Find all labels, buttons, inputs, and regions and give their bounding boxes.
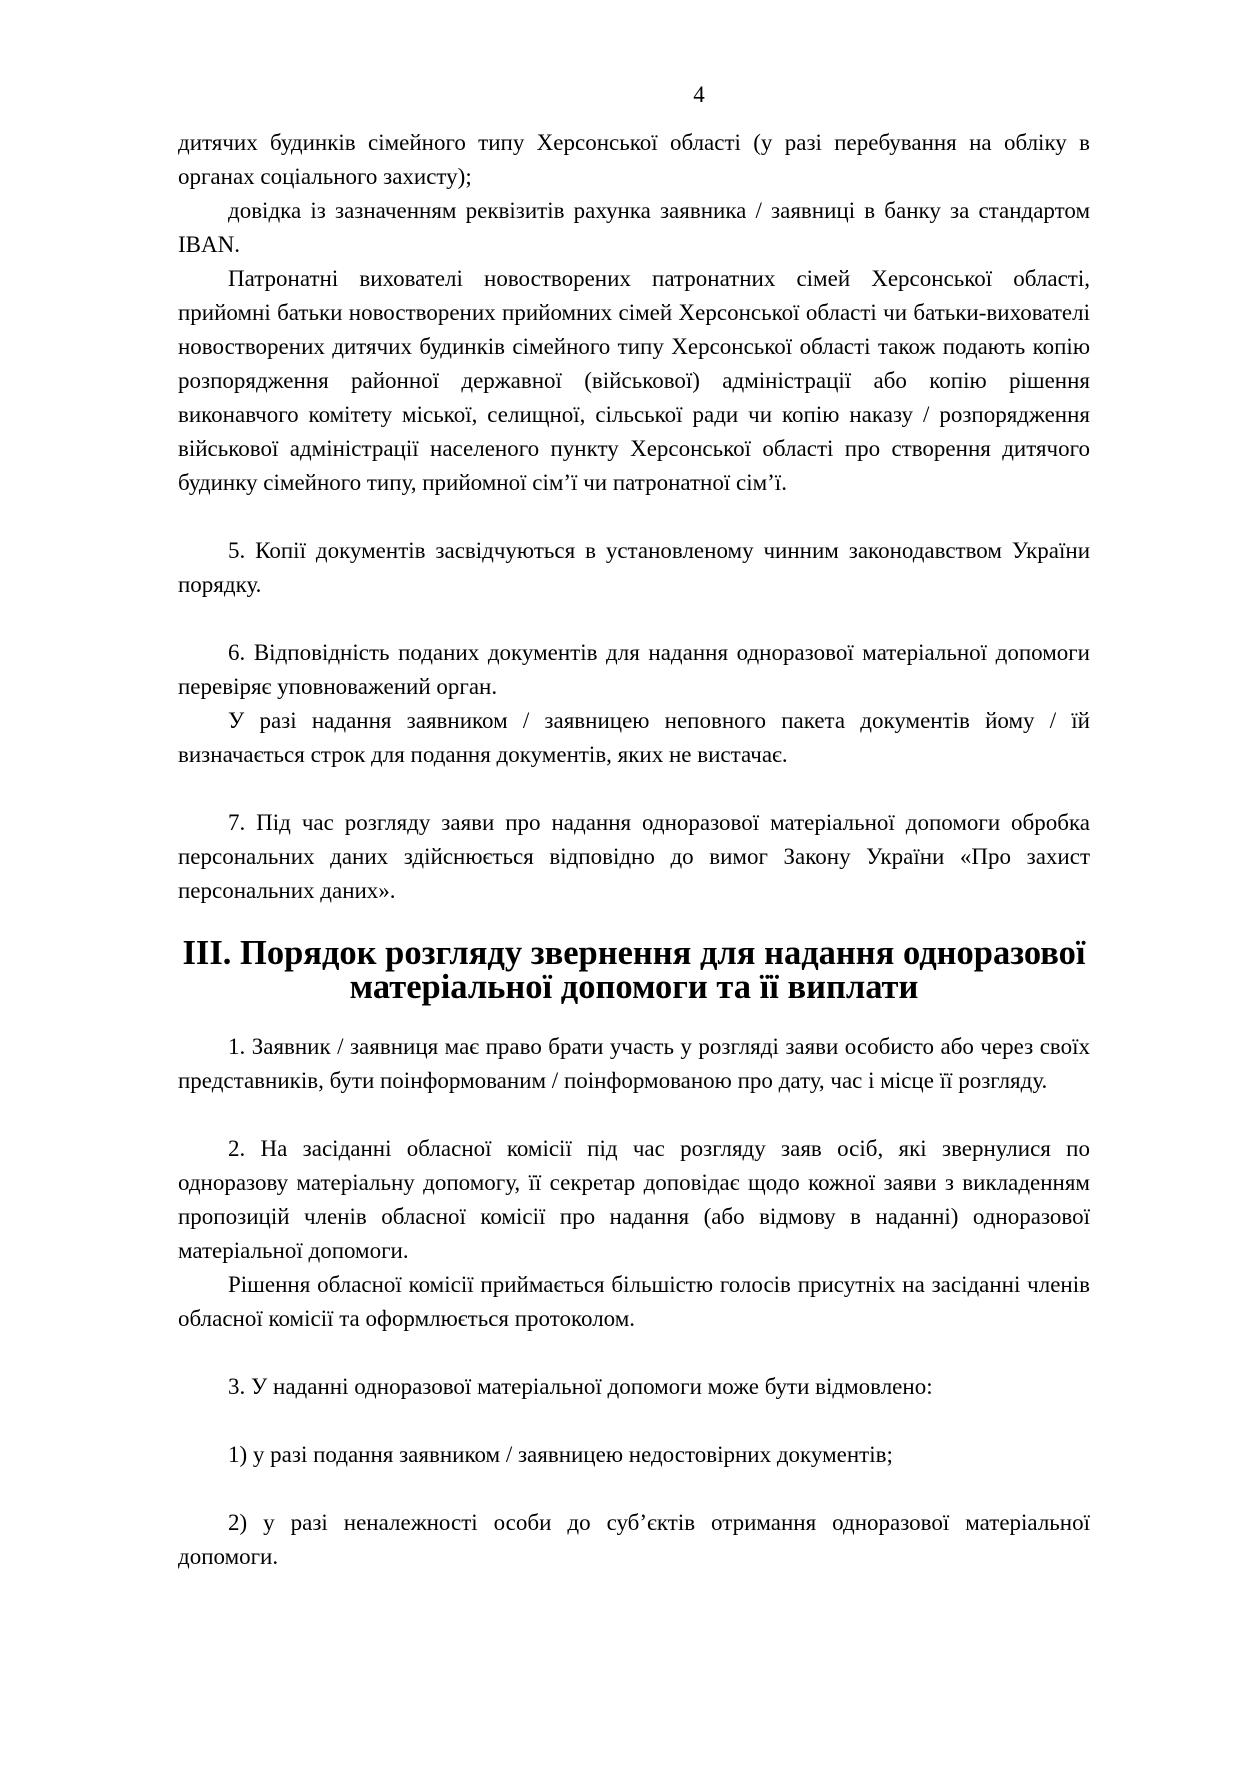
body-paragraph-subitem-1: 1) у разі подання заявником / заявницею … — [178, 1438, 1090, 1472]
body-paragraph-continuation: дитячих будинків сімейного типу Херсонсь… — [178, 126, 1090, 194]
body-paragraph-subitem-2: 2) у разі неналежності особи до суб’єкті… — [178, 1506, 1090, 1574]
body-paragraph-item-2-cont: Рішення обласної комісії приймається біл… — [178, 1268, 1090, 1336]
body-paragraph-item-6-cont: У разі надання заявником / заявницею неп… — [178, 704, 1090, 772]
body-paragraph-item-6: 6. Відповідність поданих документів для … — [178, 636, 1090, 704]
body-paragraph-item-3: 3. У наданні одноразової матеріальної до… — [178, 1370, 1090, 1404]
body-paragraph-patronage: Патронатні вихователі новостворених патр… — [178, 262, 1090, 500]
document-page: 4 дитячих будинків сімейного типу Херсон… — [178, 0, 1090, 1574]
body-paragraph-item-1: 1. Заявник / заявниця має право брати уч… — [178, 1030, 1090, 1098]
body-paragraph-item-7: 7. Під час розгляду заяви про надання од… — [178, 806, 1090, 908]
body-paragraph-item-2: 2. На засіданні обласної комісії під час… — [178, 1132, 1090, 1268]
body-paragraph-iban: довідка із зазначенням реквізитів рахунк… — [178, 194, 1090, 262]
page-number: 4 — [243, 78, 1155, 112]
section-heading: ІІІ. Порядок розгляду звернення для нада… — [178, 936, 1090, 1004]
body-paragraph-item-5: 5. Копії документів засвідчуються в уста… — [178, 534, 1090, 602]
